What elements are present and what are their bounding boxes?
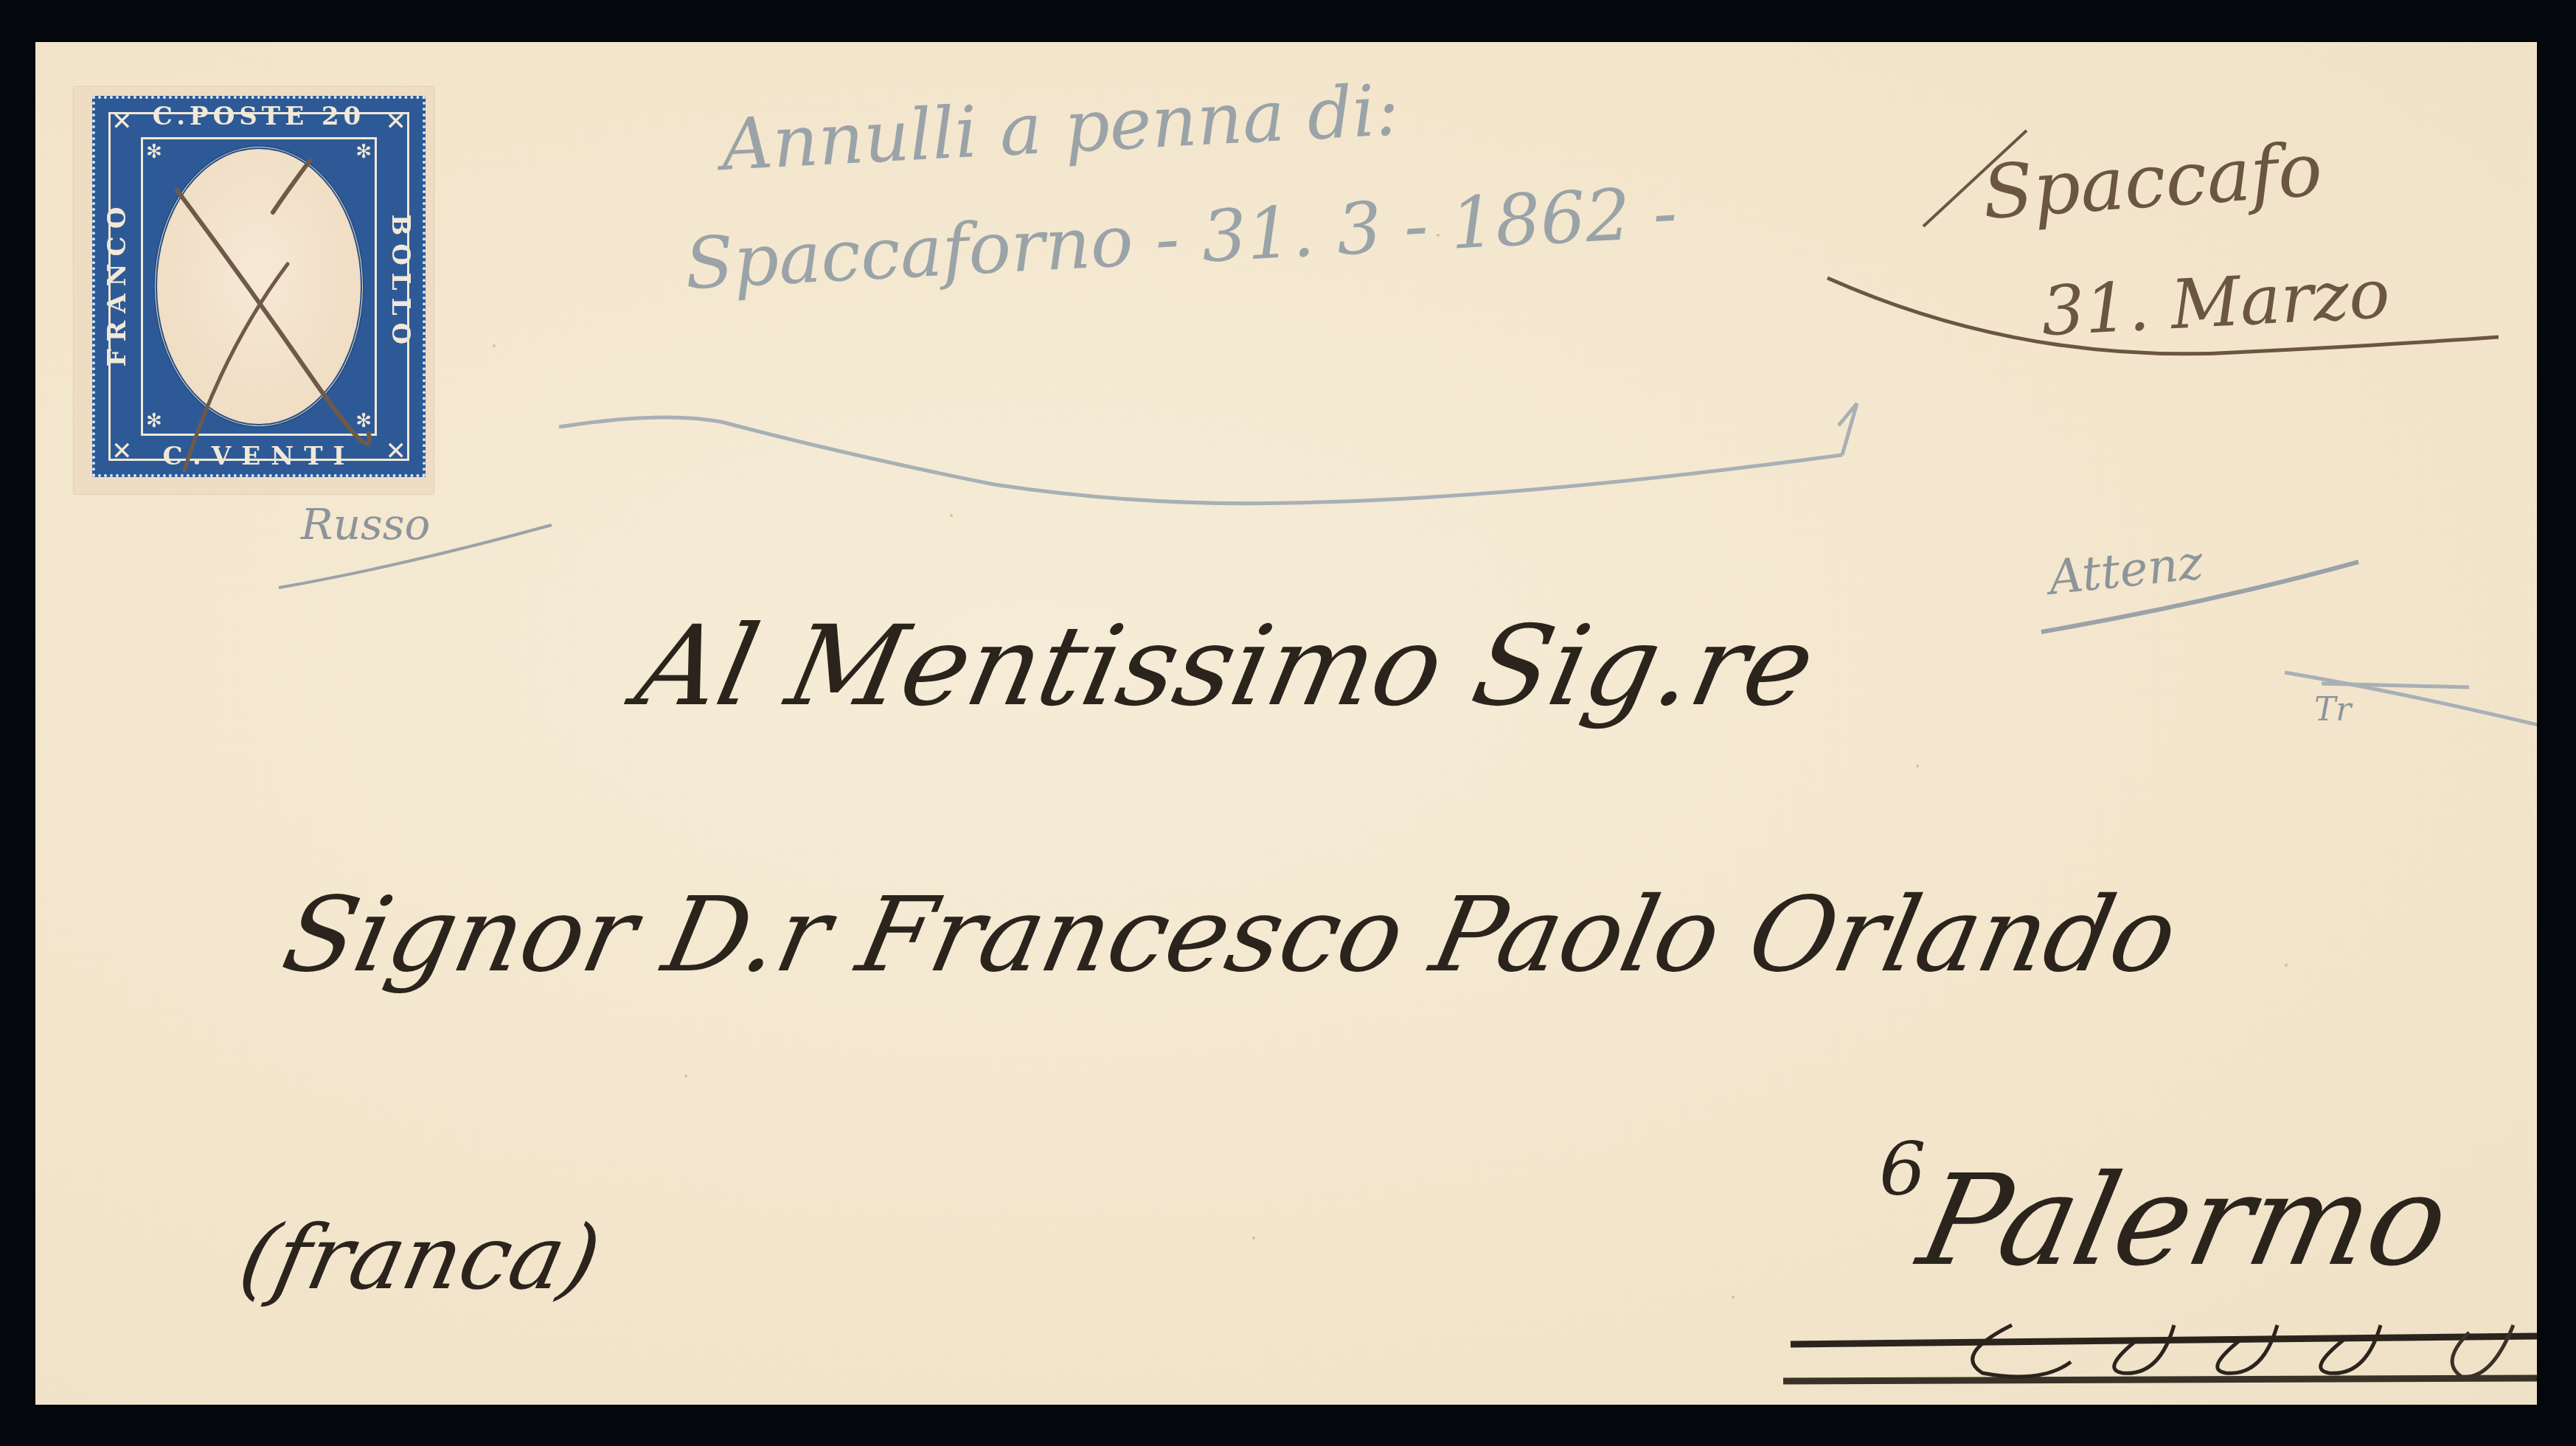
paper-speck [493,344,496,347]
palermo-underline [1791,1336,2537,1344]
paper-speck [684,1074,687,1077]
address-franca: (franca) [231,1207,609,1310]
manuscript-postmark-town: Spaccafo [1979,126,2325,236]
envelope: C.POSTE 20 C.VENTI FRANCO BOLLO ✕ ✕ ✕ ✕ … [35,42,2537,1405]
pencil-arrow-line [559,417,1842,504]
paper-speck [1252,1237,1255,1240]
pencil-note-line2: Spaccaforno - 31. 3 - 1862 - [683,171,1679,305]
manuscript-postmark-date: 31. Marzo [2040,254,2392,352]
pencil-mark-tr: Tr [2314,691,2351,729]
pen-cancel-cross-icon [74,87,434,494]
paper-speck [950,514,953,517]
paper-speck [2285,964,2288,967]
palermo-underline [1783,1378,2537,1381]
paper-speck [1916,765,1919,768]
pencil-note-russo: Russo [301,499,430,549]
pencil-note-line1: Annulli a penna di: [720,69,1401,187]
address-salutation: Al Mentissimo Sig.re [627,602,1825,731]
pencil-note-attenz: Attenz [2046,535,2206,605]
postage-stamp: C.POSTE 20 C.VENTI FRANCO BOLLO ✕ ✕ ✕ ✕ … [74,87,434,494]
rate-mark: 6 [1879,1126,1926,1212]
address-city: Palermo [1908,1148,2461,1294]
address-recipient: Signor D.r Francesco Paolo Orlando [274,875,2187,995]
paper-speck [1732,1296,1735,1299]
